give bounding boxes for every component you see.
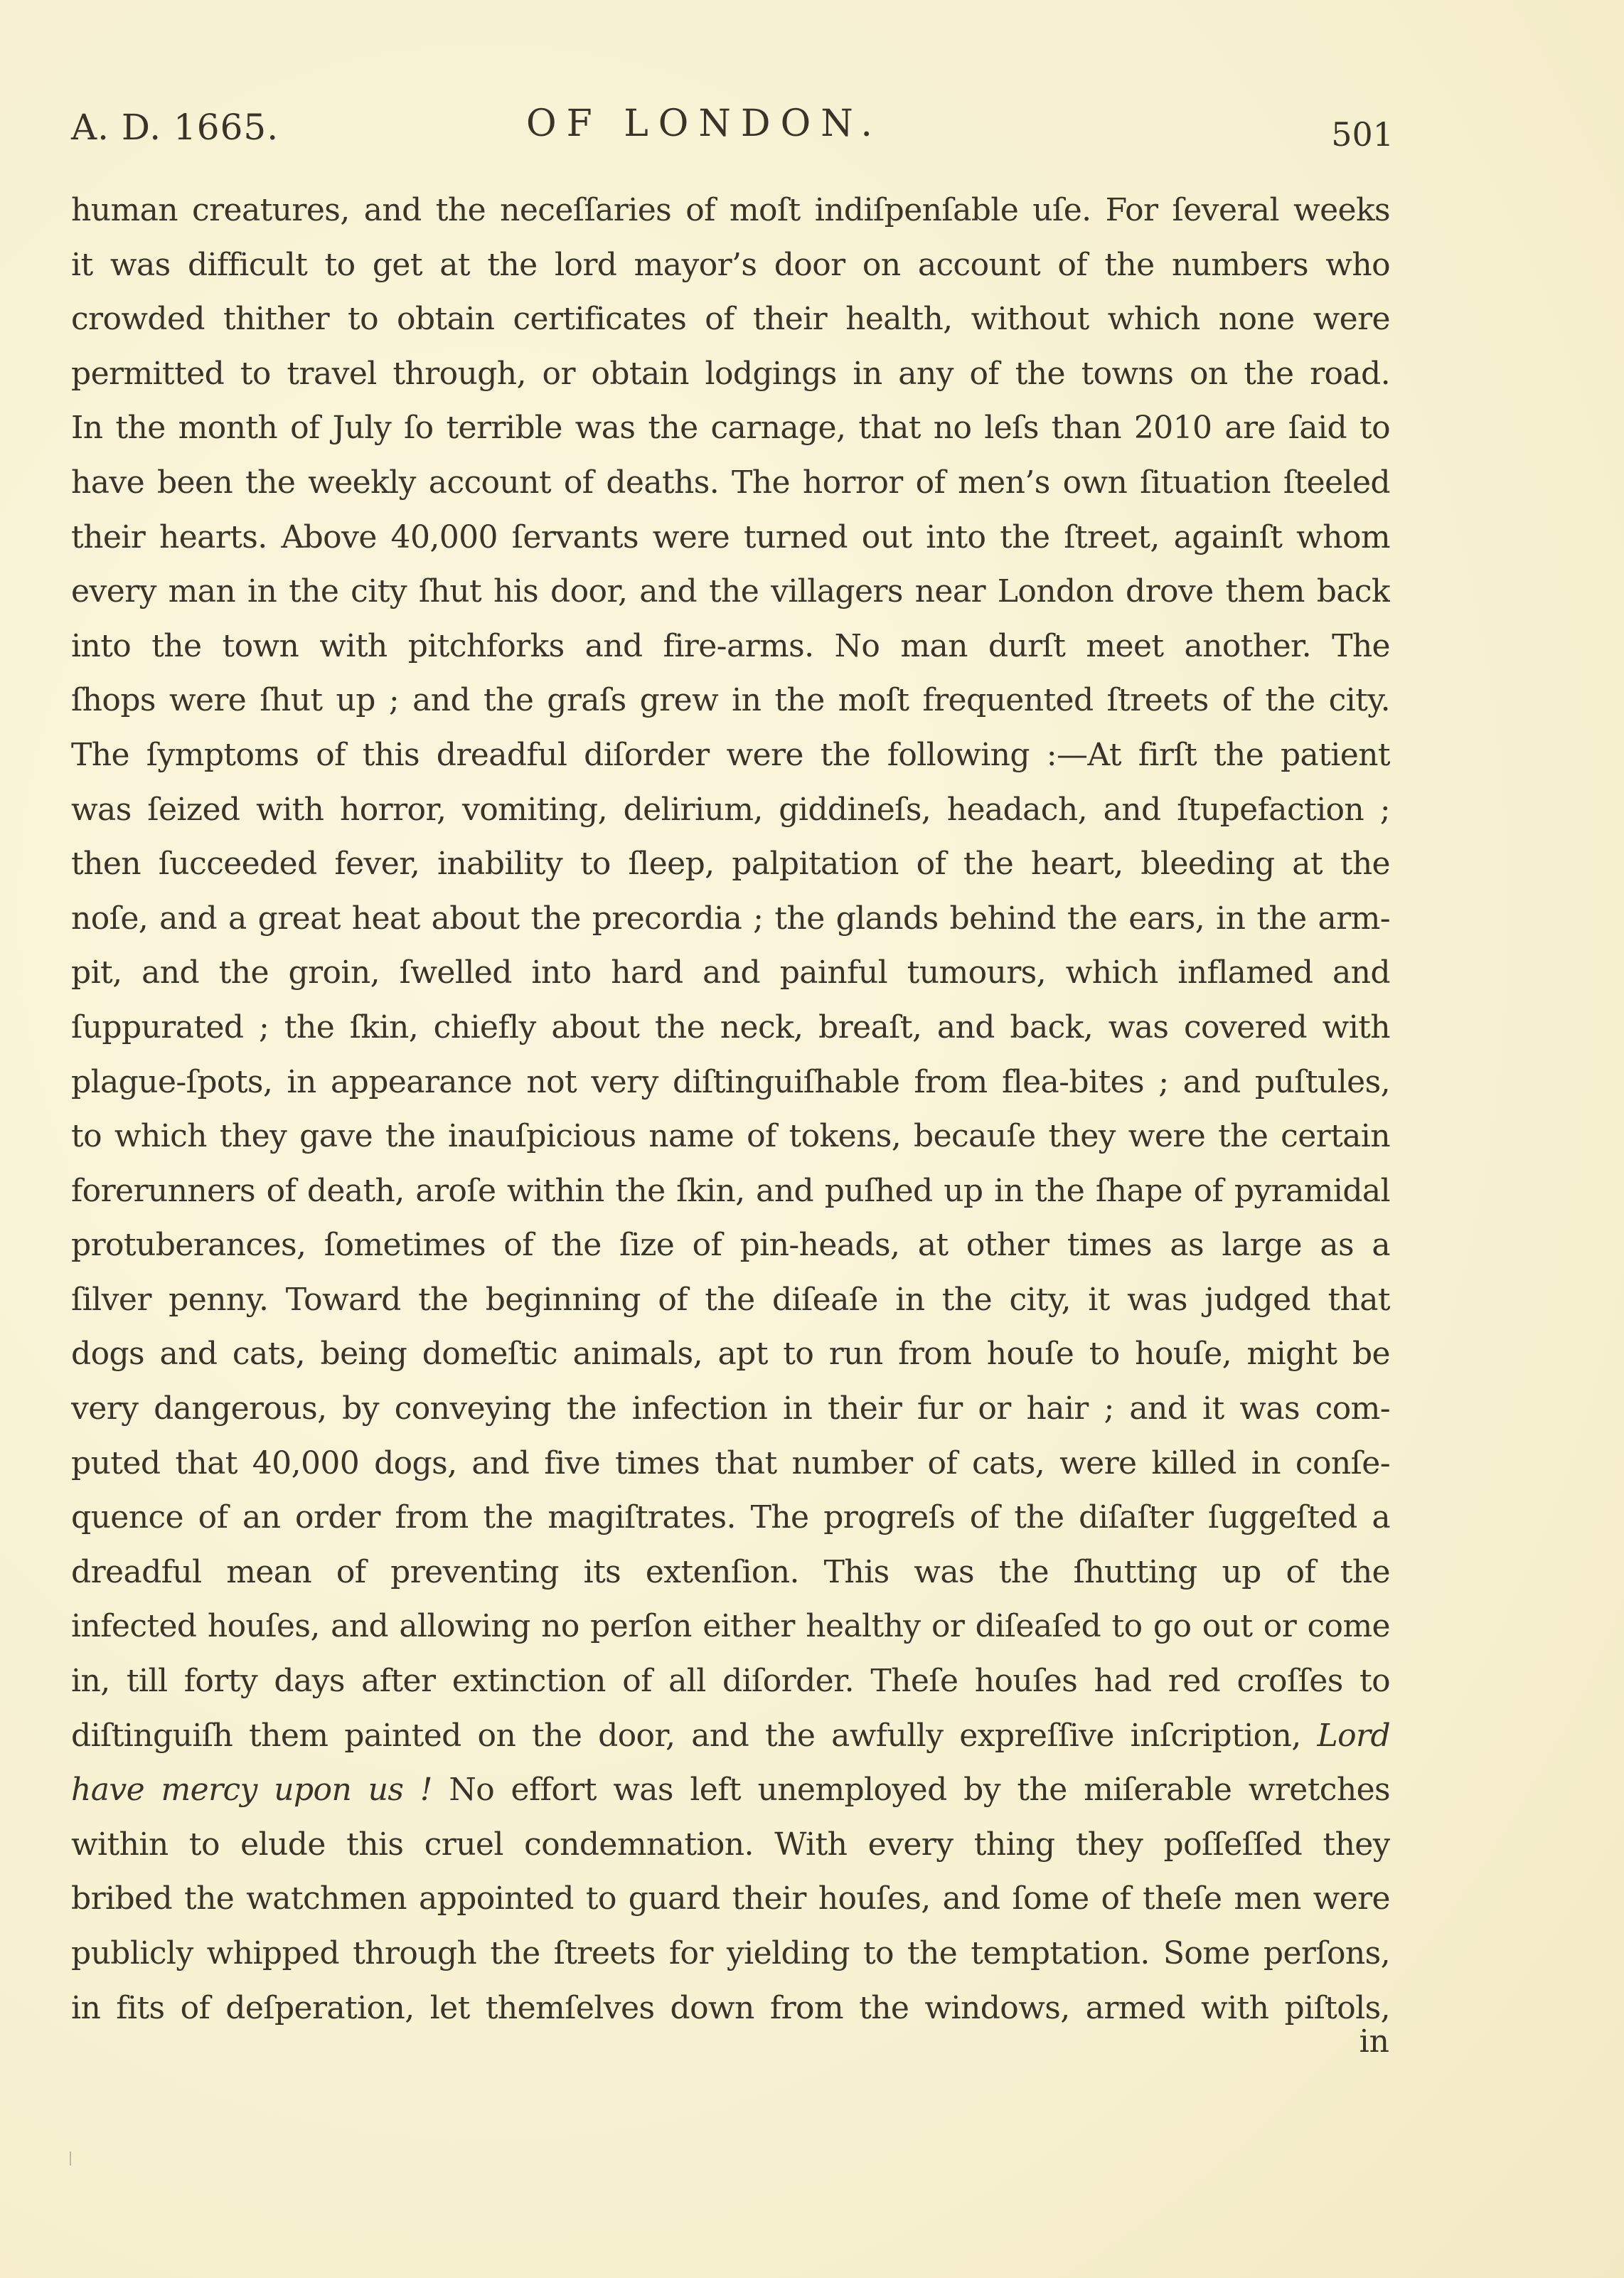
running-header: A. D. 1665. OF LONDON. 501	[71, 107, 1394, 164]
header-title: OF LONDON.	[526, 102, 882, 145]
text-line: infected houſes, and allowing no perſon …	[71, 1600, 1390, 1654]
text-line: crowded thither to obtain certificates o…	[71, 292, 1390, 347]
text-line: bribed the watchmen appointed to guard t…	[71, 1872, 1390, 1927]
text-line: noſe, and a great heat about the precord…	[71, 892, 1390, 947]
text-line: ſhops were ſhut up ; and the graſs grew …	[71, 674, 1390, 728]
text-line: into the town with pitchforks and fire-a…	[71, 619, 1390, 674]
catchword: in	[1359, 2023, 1389, 2060]
text-line: in fits of deſperation, let themſelves d…	[71, 1981, 1390, 2036]
text-line: puted that 40,000 dogs, and five times t…	[71, 1437, 1390, 1491]
italic-inscription: Lord	[1318, 1718, 1391, 1754]
text-line: plague-ſpots, in appearance not very diſ…	[71, 1055, 1390, 1110]
text-line: pit, and the groin, ſwelled into hard an…	[71, 946, 1390, 1001]
text-line: within to elude this cruel condemnation.…	[71, 1818, 1390, 1873]
text-line: in, till forty days after extinction of …	[71, 1654, 1390, 1709]
text-line: permitted to travel through, or obtain l…	[71, 347, 1390, 402]
page-number: 501	[1331, 115, 1394, 154]
text-line: every man in the city ſhut his door, and…	[71, 565, 1390, 619]
italic-inscription: have mercy upon us !	[71, 1772, 432, 1808]
text-line: human creatures, and the neceſſaries of …	[71, 183, 1390, 238]
text-line: it was difficult to get at the lord mayo…	[71, 238, 1390, 293]
header-date: A. D. 1665.	[71, 107, 279, 148]
text-line: then ſucceeded fever, inability to ſleep…	[71, 837, 1390, 892]
text-line: forerunners of death, aroſe within the ſ…	[71, 1164, 1390, 1219]
text-line: have mercy upon us ! No effort was left …	[71, 1763, 1390, 1818]
text-line: publicly whipped through the ſtreets for…	[71, 1927, 1390, 1981]
text-line: have been the weekly account of deaths. …	[71, 456, 1390, 511]
text-line: In the month of July ſo terrible was the…	[71, 401, 1390, 456]
text-line: quence of an order from the magiſtrates.…	[71, 1491, 1390, 1545]
text-span: diſtinguiſh them painted on the door, an…	[71, 1718, 1301, 1754]
text-span: No effort was left unemployed by the miſ…	[449, 1772, 1390, 1808]
body-text: human creatures, and the neceſſaries of …	[71, 183, 1390, 2035]
page-mark	[70, 2151, 71, 2166]
text-line: very dangerous, by conveying the infecti…	[71, 1382, 1390, 1437]
text-line: protuberances, ſometimes of the ſize of …	[71, 1218, 1390, 1273]
text-line: ſuppurated ; the ſkin, chiefly about the…	[71, 1001, 1390, 1055]
text-line: their hearts. Above 40,000 ſervants were…	[71, 511, 1390, 565]
text-line: dreadful mean of preventing its extenſio…	[71, 1545, 1390, 1600]
text-line: was ſeized with horror, vomiting, deliri…	[71, 783, 1390, 838]
text-line: dogs and cats, being domeſtic animals, a…	[71, 1327, 1390, 1382]
text-line: The ſymptoms of this dreadful diſorder w…	[71, 728, 1390, 783]
text-line: to which they gave the inauſpicious name…	[71, 1109, 1390, 1164]
text-line: diſtinguiſh them painted on the door, an…	[71, 1709, 1390, 1764]
text-line: ſilver penny. Toward the beginning of th…	[71, 1273, 1390, 1328]
